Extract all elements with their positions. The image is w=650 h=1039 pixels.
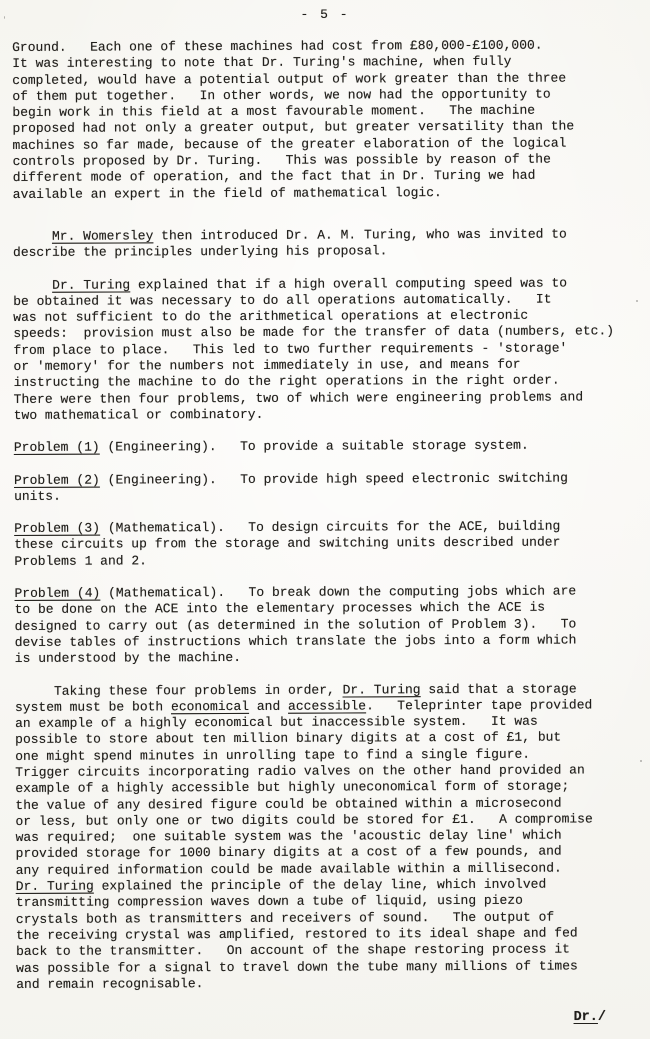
paragraph-turing-explanation: Dr. Turing explained that if a high over… [13, 275, 646, 424]
paragraph-problem-2: Problem (2) (Engineering). To provide hi… [14, 470, 646, 505]
paragraph-womersley-introduction: Mr. Womersley then introduced Dr. A. M. … [13, 226, 645, 261]
paragraph-problem-1: Problem (1) (Engineering). To provide a … [14, 437, 646, 456]
paragraph-problem-4: Problem (4) (Mathematical). To break dow… [14, 583, 646, 667]
catchword: Dr./ [574, 1010, 606, 1025]
document-page: - 5 - Ground. Each one of these machines… [0, 0, 650, 1039]
document-body: Ground. Each one of these machines had c… [0, 20, 650, 993]
scan-speck [636, 300, 638, 302]
paragraph-problem-3: Problem (3) (Mathematical). To design ci… [14, 518, 646, 570]
scan-speck [640, 760, 642, 762]
scan-speck [4, 16, 5, 19]
page-number: - 5 - [0, 0, 650, 23]
catchword-text: Dr. [574, 1010, 598, 1025]
paragraph-machines-cost: Ground. Each one of these machines had c… [12, 37, 645, 203]
catchword-slash: / [598, 1010, 606, 1025]
paragraph-storage-discussion: Taking these four problems in order, Dr.… [15, 681, 648, 993]
